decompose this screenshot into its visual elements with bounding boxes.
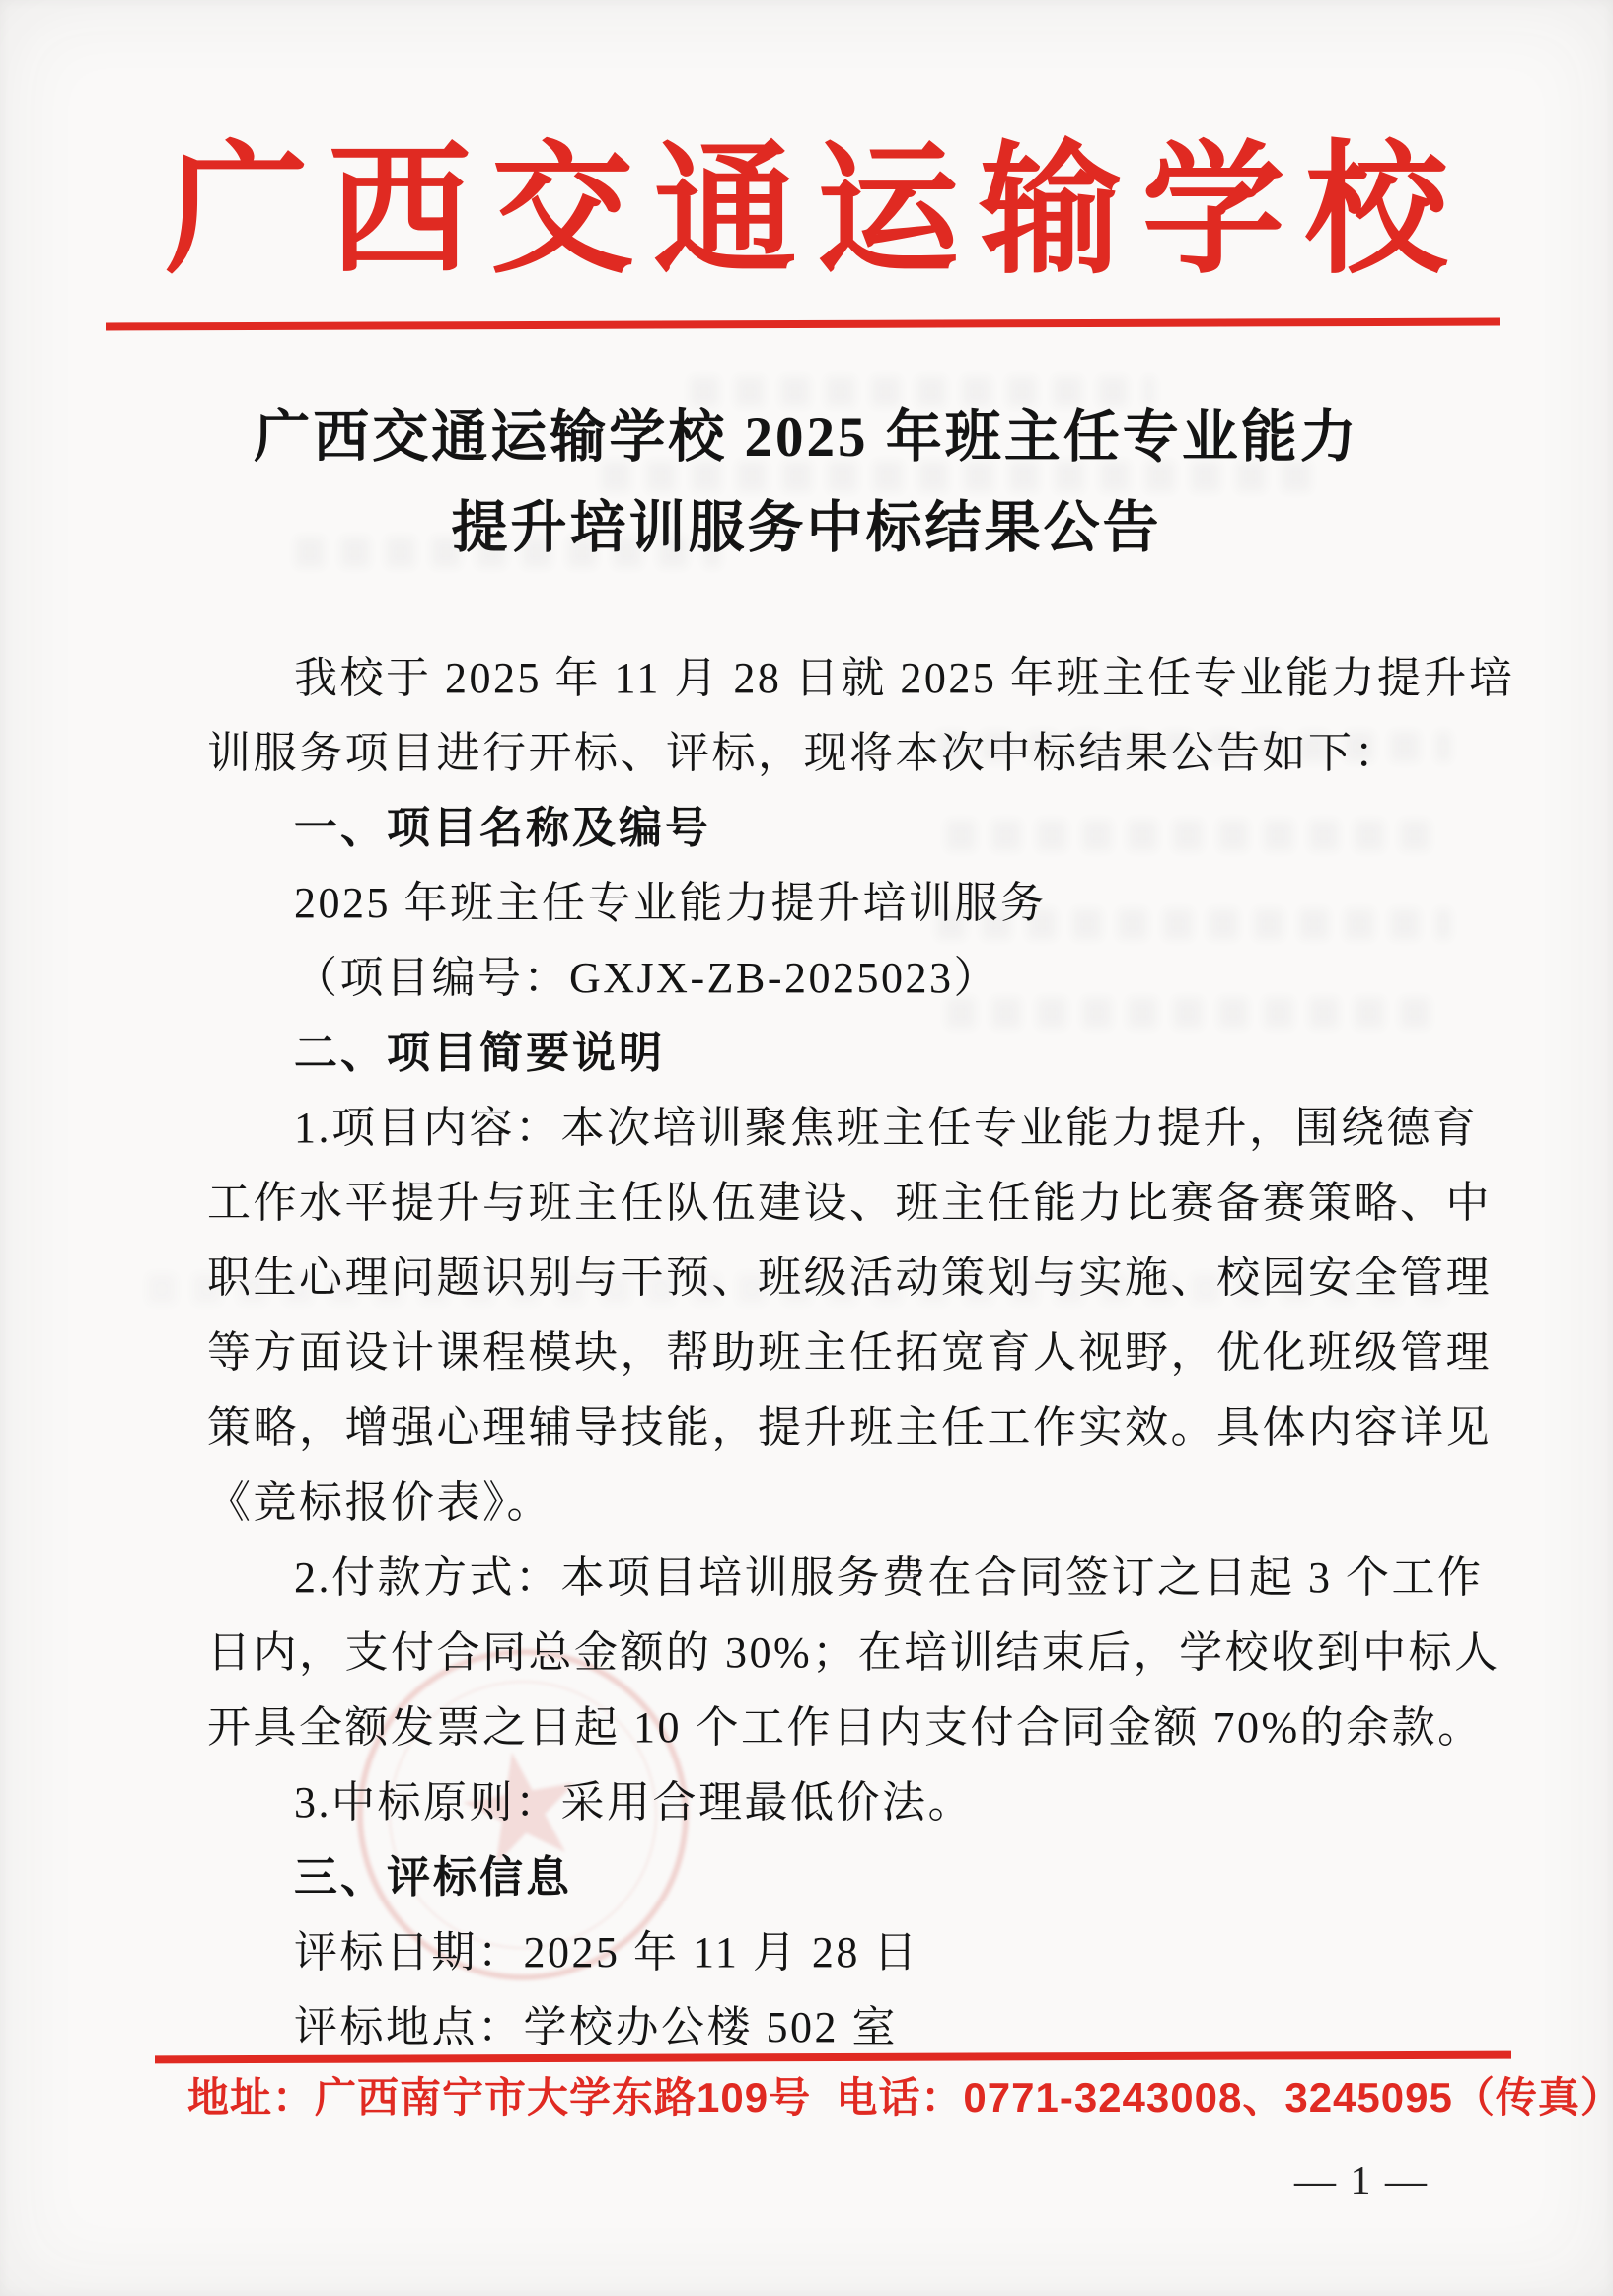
letterhead-divider-rule xyxy=(106,318,1500,331)
body-line: 职生心理问题识别与干预、班级活动策划与实施、校园安全管理 xyxy=(207,1241,1485,1316)
body-line: 2.付款方式：本项目培训服务费在合同签订之日起 3 个工作 xyxy=(207,1541,1485,1615)
body-line: 3.中标原则：采用合理最低价法。 xyxy=(207,1765,1485,1840)
body-line: 日内，支付合同总金额的 30%；在培训结束后，学校收到中标人 xyxy=(207,1615,1485,1690)
footer-address-phone: 地址：广西南宁市大学东路109号 电话：0771-3243008、3245095… xyxy=(187,2069,1613,2126)
body-line: 训服务项目进行开标、评标，现将本次中标结果公告如下： xyxy=(207,716,1485,791)
body-line: 工作水平提升与班主任队伍建设、班主任能力比赛备赛策略、中 xyxy=(207,1166,1485,1241)
body-lines: 我校于 2025 年 11 月 28 日就 2025 年班主任专业能力提升培训服… xyxy=(207,641,1485,2065)
section-heading: 三、评标信息 xyxy=(207,1840,1485,1915)
body-line: 《竞标报价表》。 xyxy=(207,1466,1485,1541)
body-line: 开具全额发票之日起 10 个工作日内支付合同金额 70%的余款。 xyxy=(207,1690,1485,1765)
section-heading: 二、项目简要说明 xyxy=(207,1016,1485,1091)
body-line: （项目编号：GXJX-ZB-2025023） xyxy=(207,941,1485,1016)
body-line: 2025 年班主任专业能力提升培训服务 xyxy=(207,866,1485,941)
body-line: 1.项目内容：本次培训聚焦班主任专业能力提升，围绕德育 xyxy=(207,1091,1485,1166)
document-title: 广西交通运输学校 2025 年班主任专业能力 提升培训服务中标结果公告 xyxy=(0,393,1613,574)
body-line: 策略，增强心理辅导技能，提升班主任工作实效。具体内容详见 xyxy=(207,1391,1485,1466)
body-line: 评标日期：2025 年 11 月 28 日 xyxy=(207,1915,1485,1990)
letterhead-school-name: 广西交通运输学校 xyxy=(0,138,1613,286)
document-title-line-2: 提升培训服务中标结果公告 xyxy=(0,483,1613,574)
body-line: 等方面设计课程模块，帮助班主任拓宽育人视野，优化班级管理 xyxy=(207,1316,1485,1391)
scanned-document-page: 广西交通运输学校 广西交通运输学校 2025 年班主任专业能力 提升培训服务中标… xyxy=(0,0,1613,2296)
page-number: — 1 — xyxy=(1273,2158,1450,2205)
body-line: 我校于 2025 年 11 月 28 日就 2025 年班主任专业能力提升培 xyxy=(207,641,1485,716)
document-title-line-1: 广西交通运输学校 2025 年班主任专业能力 xyxy=(0,393,1613,483)
section-heading: 一、项目名称及编号 xyxy=(207,791,1485,866)
